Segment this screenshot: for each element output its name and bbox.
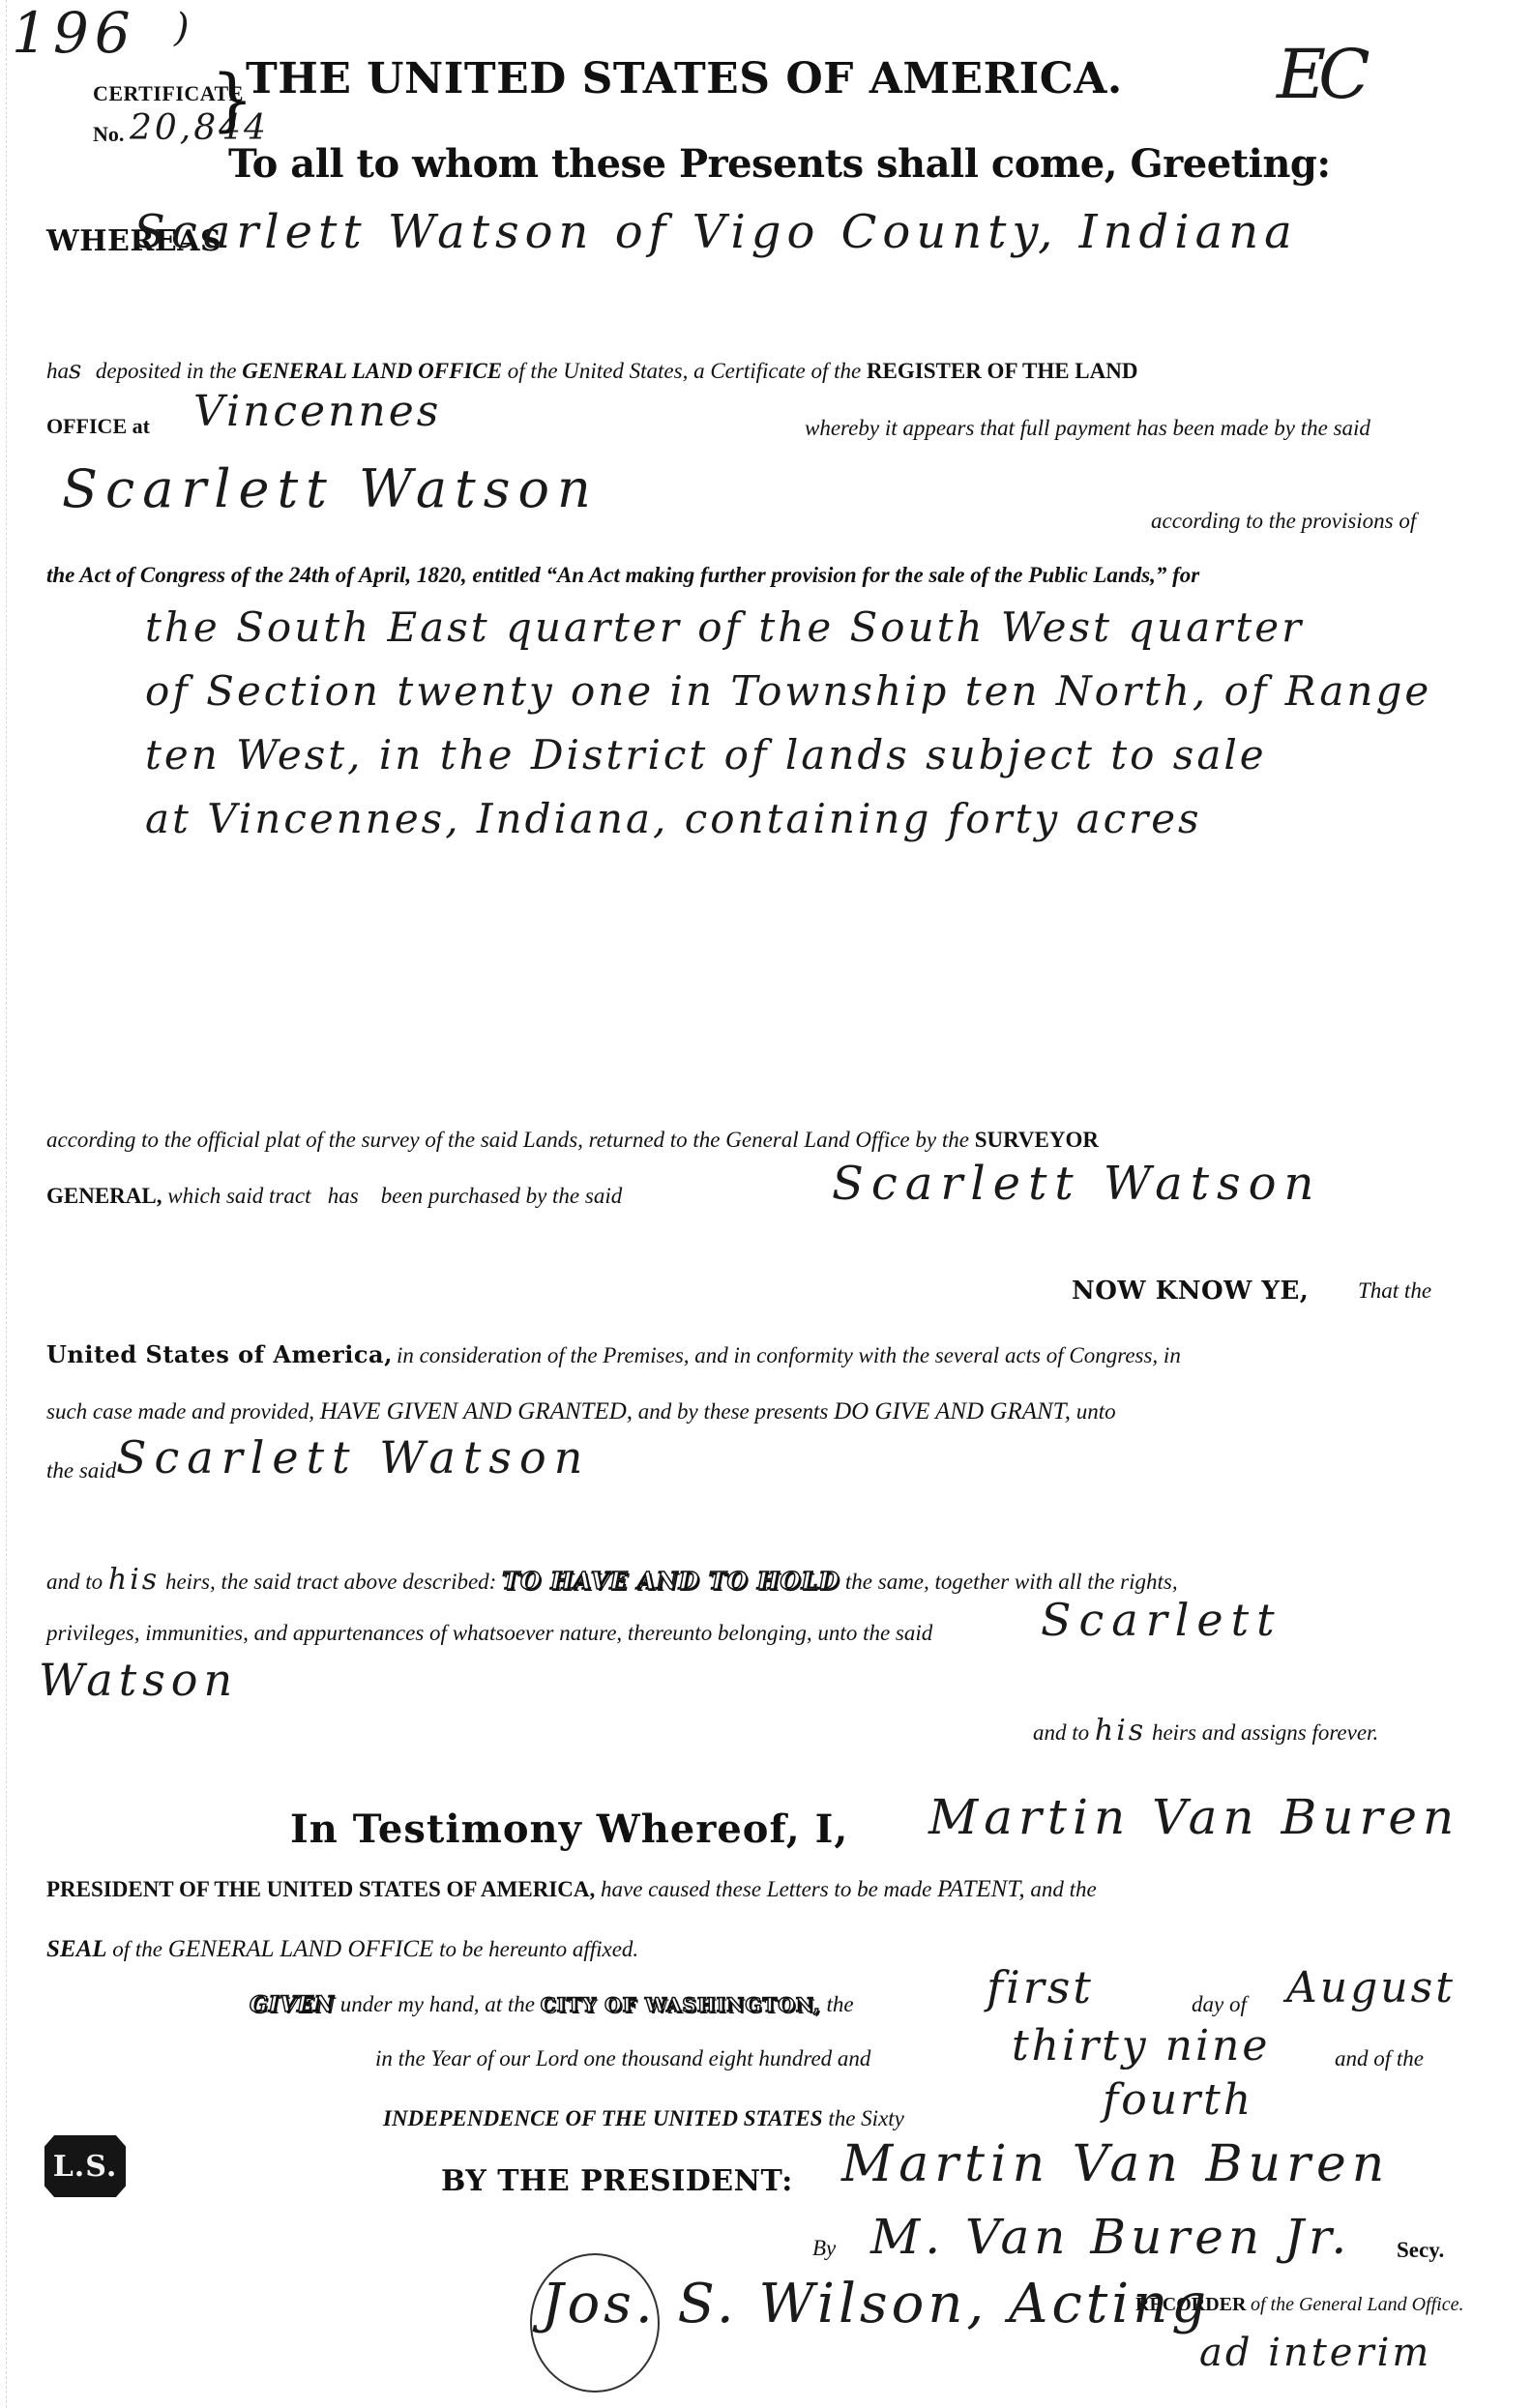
deposit-text-2: of the United States, a Certificate of t… (508, 359, 861, 383)
given-the: the (827, 1992, 854, 2016)
affixed-text: to be hereunto affixed. (439, 1937, 638, 1961)
office-at: OFFICE at (46, 414, 150, 439)
given-label: GIVEN (250, 1992, 335, 2017)
year-text: in the Year of our Lord one thousand eig… (375, 2046, 870, 2071)
privileges-line: privileges, immunities, and appurtenance… (46, 1621, 932, 1646)
city-of-washington: CITY OF WASHINGTON, (541, 1993, 821, 2016)
and-to-2: and to (1033, 1720, 1089, 1745)
seal-word: SEAL (46, 1936, 107, 1962)
patent: PATENT, (937, 1876, 1025, 1902)
heirs-forever-line: and to his heirs and assigns forever. (1033, 1714, 1378, 1747)
consideration-text: in consideration of the Premises, and in… (397, 1343, 1181, 1367)
president-title: PRESIDENT OF THE UNITED STATES OF AMERIC… (46, 1877, 595, 1901)
do-give: DO GIVE AND GRANT, (834, 1398, 1071, 1424)
glo-italic: GENERAL LAND OFFICE (168, 1936, 434, 1962)
now-know-ye: NOW KNOW YE, (1072, 1277, 1309, 1306)
scan-margin-line (6, 0, 8, 2408)
recorder-title-caps: RECORDER (1135, 2294, 1246, 2315)
by-the-president: BY THE PRESIDENT: (441, 2164, 793, 2198)
recorder-title: RECORDER of the General Land Office. (1135, 2294, 1463, 2316)
independence-year-handwritten: fourth (1103, 2075, 1253, 2125)
tick-mark: ) (174, 6, 192, 50)
according-text: according to the provisions of (1151, 509, 1416, 534)
and-of-the: and of the (1335, 2046, 1424, 2071)
grantee-last-name: Watson (39, 1654, 238, 1706)
land-description-line-1: the South East quarter of the South West… (145, 603, 1304, 651)
land-description-line-4: at Vincennes, Indiana, containing forty … (145, 795, 1202, 842)
given-line: GIVEN under my hand, at the CITY OF WASH… (250, 1992, 854, 2017)
purchased-text: been purchased by the said (381, 1184, 623, 1208)
payer-name: Scarlett Watson (62, 458, 599, 519)
day-handwritten: first (987, 1961, 1094, 2013)
that-the: That the (1358, 1278, 1431, 1304)
president-signature: Martin Van Buren (841, 2135, 1390, 2193)
recorder-title-rest: of the General Land Office. (1251, 2294, 1464, 2315)
page-number: 196 (12, 0, 136, 66)
survey-sentence: according to the official plat of the su… (46, 1128, 969, 1152)
signature-flourish (530, 2253, 660, 2393)
general-line: GENERAL, which said tract has been purch… (46, 1184, 622, 1209)
the-said: the said (46, 1458, 116, 1483)
certificate-number-prefix: No. (93, 122, 124, 147)
office-location: Vincennes (193, 387, 441, 436)
testimony-heading: In Testimony Whereof, I, (290, 1806, 848, 1852)
such-case: such case made and provided, (46, 1399, 314, 1424)
testimony-president-signature: Martin Van Buren (928, 1789, 1459, 1845)
independence-line: INDEPENDENCE OF THE UNITED STATES the Si… (383, 2106, 904, 2131)
marginal-initials: EC (1277, 35, 1363, 114)
secretary-signature: M. Van Buren Jr. (870, 2209, 1351, 2265)
register: REGISTER OF THE LAND (867, 359, 1138, 383)
independence: INDEPENDENCE OF THE UNITED STATES (383, 2106, 823, 2130)
has-text: has (328, 1184, 359, 1208)
year-handwritten: thirty nine (1012, 2021, 1270, 2070)
usa-line: United States of America, in considerati… (46, 1340, 1181, 1368)
secretary-title: Secy. (1397, 2238, 1444, 2263)
and-to: and to (46, 1570, 103, 1594)
caused-text: have caused these Letters to be made (601, 1877, 931, 1901)
under-hand: under my hand, at the (340, 1992, 535, 2016)
of-the: of the (112, 1937, 162, 1961)
heirs-and-assigns: heirs and assigns forever. (1152, 1720, 1378, 1745)
unto: unto (1076, 1399, 1116, 1424)
by-these-presents: and by these presents (638, 1399, 829, 1424)
survey-text: according to the official plat of the su… (46, 1128, 1099, 1153)
to-have-and-to-hold: TO HAVE AND TO HOLD (502, 1567, 840, 1595)
act-of-congress: the Act of Congress of the 24th of April… (46, 563, 1199, 588)
purchaser-name: Scarlett Watson (832, 1157, 1321, 1211)
greeting: To all to whom these Presents shall come… (228, 141, 1331, 187)
grantee-name: Scarlett Watson (116, 1431, 590, 1483)
same-text: the same, together with all the rights, (845, 1570, 1178, 1594)
land-description-line-2: of Section twenty one in Township ten No… (145, 667, 1431, 715)
has-suffix: s (69, 356, 84, 385)
ls-seal: L.S. (44, 2135, 126, 2197)
grantee-first-name: Scarlett (1041, 1594, 1282, 1646)
and-the: and the (1030, 1877, 1096, 1901)
deposit-line: has deposited in the GENERAL LAND OFFICE… (46, 356, 1137, 385)
has-prefix: ha (46, 359, 69, 383)
land-description-line-3: ten West, in the District of lands subje… (145, 731, 1267, 778)
his-handwritten-2: his (1095, 1714, 1146, 1747)
ad-interim: ad interim (1199, 2331, 1431, 2375)
tract-text: which said tract (167, 1184, 310, 1208)
seal-line: SEAL of the GENERAL LAND OFFICE to be he… (46, 1936, 638, 1963)
general: GENERAL, (46, 1184, 162, 1208)
such-case-line: such case made and provided, HAVE GIVEN … (46, 1398, 1116, 1425)
president-line: PRESIDENT OF THE UNITED STATES OF AMERIC… (46, 1876, 1097, 1903)
united-states-of-america: United States of America, (46, 1340, 393, 1368)
by-label: By (812, 2236, 836, 2261)
day-of: day of (1192, 1992, 1247, 2017)
whereby-text: whereby it appears that full payment has… (805, 416, 1370, 441)
the-sixty: the Sixty (828, 2106, 904, 2130)
surveyor: SURVEYOR (975, 1128, 1099, 1152)
grantee-whereas: Scarlett Watson of Vigo County, Indiana (133, 205, 1298, 259)
heirs-text: heirs, the said tract above described: (165, 1570, 496, 1594)
month-handwritten: August (1286, 1963, 1456, 2012)
have-given: HAVE GIVEN AND GRANTED, (320, 1398, 633, 1424)
heirs-line: and to his heirs, the said tract above d… (46, 1563, 1178, 1597)
general-land-office: GENERAL LAND OFFICE (242, 359, 502, 383)
deposited-text: deposited in the (96, 359, 237, 383)
his-handwritten: his (108, 1563, 160, 1597)
document-title: THE UNITED STATES OF AMERICA. (246, 54, 1123, 103)
